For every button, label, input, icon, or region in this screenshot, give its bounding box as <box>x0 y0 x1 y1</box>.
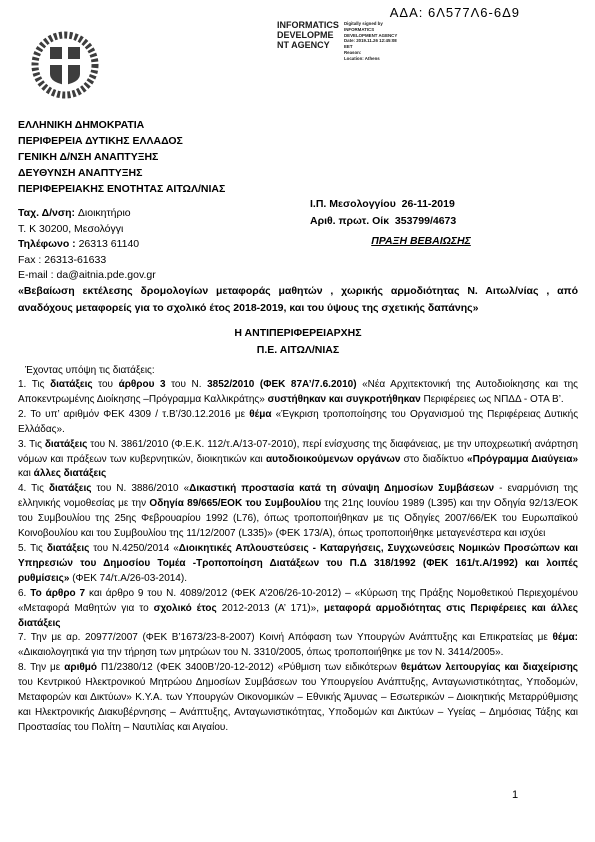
place-and-date: Ι.Π. Μεσολογγίου 26-11-2019 <box>310 196 532 213</box>
legal-item: 4. Τις διατάξεις του Ν. 3886/2010 «Δικασ… <box>18 482 578 542</box>
contact-value: da@aitnia.pde.gov.gr <box>57 269 156 281</box>
legal-item: 7. Την με αρ. 20977/2007 (ΦΕΚ Β’1673/23-… <box>18 631 578 661</box>
contact-row: Τηλέφωνο : 26313 61140 <box>18 237 156 253</box>
contact-value: 26313-61633 <box>44 254 106 266</box>
signature-detail-line: Location: Athens <box>344 56 422 62</box>
document-body: «Βεβαίωση εκτέλεσης δρομολογίων μεταφορά… <box>18 283 578 736</box>
legal-item: 2. Το υπ’ αριθμόν ΦΕΚ 4309 / τ.Β’/30.12.… <box>18 408 578 438</box>
letterhead-line: ΠΕΡΙΦΕΡΕΙΑ ΔΥΤΙΚΗΣ ΕΛΛΑΔΟΣ <box>18 133 225 149</box>
contact-row: E-mail : da@aitnia.pde.gov.gr <box>18 268 156 284</box>
legal-item: 1. Τις διατάξεις του άρθρου 3 του Ν. 385… <box>18 378 578 408</box>
contact-label: Fax : <box>18 254 44 266</box>
contact-row: Ταχ. Δ/νση: Διοικητήριο <box>18 206 156 222</box>
contact-row: Fax : 26313-61633 <box>18 253 156 269</box>
legal-item: 5. Τις διατάξεις του Ν.4250/2014 «Διοικη… <box>18 542 578 587</box>
letterhead-line: ΔΕΥΘΥΝΣΗ ΑΝΑΠΤΥΞΗΣ <box>18 165 225 181</box>
ada-number: ΑΔΑ: 6Λ577Λ6-6Δ9 <box>0 5 520 20</box>
document-page: ΑΔΑ: 6Λ577Λ6-6Δ9 INFORMATICS DEVELOPMENT… <box>0 0 595 842</box>
contact-value: 26313 61140 <box>79 238 140 250</box>
letterhead: ΕΛΛΗΝΙΚΗ ΔΗΜΟΚΡΑΤΙΑΠΕΡΙΦΕΡΕΙΑ ΔΥΤΙΚΗΣ ΕΛ… <box>18 117 225 197</box>
letterhead-line: ΕΛΛΗΝΙΚΗ ΔΗΜΟΚΡΑΤΙΑ <box>18 117 225 133</box>
letterhead-line: ΠΕΡΙΦΕΡΕΙΑΚΗΣ ΕΝΟΤΗΤΑΣ ΑΙΤΩΛ/ΝΙΑΣ <box>18 181 225 197</box>
protocol-number: Αριθ. πρωτ. Οίκ 353799/4673 <box>310 213 532 230</box>
preamble: Έχοντας υπόψη τις διατάξεις: <box>18 363 578 378</box>
signature-agency-name: INFORMATICS DEVELOPMENT AGENCY <box>277 20 339 62</box>
legal-item: 3. Τις διατάξεις του Ν. 3861/2010 (Φ.Ε.Κ… <box>18 438 578 483</box>
authority-title: Η ΑΝΤΙΠΕΡΙΦΕΡΕΙΑΡΧΗΣ <box>18 325 578 342</box>
authority-subtitle: Π.Ε. ΑΙΤΩΛ/ΝΙΑΣ <box>18 342 578 359</box>
reference-block: Ι.Π. Μεσολογγίου 26-11-2019 Αριθ. πρωτ. … <box>310 196 532 247</box>
digital-signature-stamp: INFORMATICS DEVELOPMENT AGENCY Digitally… <box>277 20 422 62</box>
authority-heading: Η ΑΝΤΙΠΕΡΙΦΕΡΕΙΑΡΧΗΣ Π.Ε. ΑΙΤΩΛ/ΝΙΑΣ <box>18 325 578 359</box>
contact-label: Ταχ. Δ/νση: <box>18 207 78 219</box>
greek-national-emblem-icon <box>29 26 101 109</box>
subject-line: «Βεβαίωση εκτέλεσης δρομολογίων μεταφορά… <box>18 283 578 317</box>
act-title: ΠΡΑΞΗ ΒΕΒΑΙΩΣΗΣ <box>310 235 532 247</box>
contact-block: Ταχ. Δ/νση: ΔιοικητήριοΤ. Κ 30200, Μεσολ… <box>18 206 156 284</box>
contact-value: Τ. Κ 30200, Μεσολόγγι <box>18 223 123 235</box>
legal-item: 8. Την με αριθμό Π1/2380/12 (ΦΕΚ 3400Β’/… <box>18 661 578 736</box>
signature-details: Digitally signed byINFORMATICSDEVELOPMEN… <box>344 20 422 62</box>
contact-row: Τ. Κ 30200, Μεσολόγγι <box>18 222 156 238</box>
legal-items-list: 1. Τις διατάξεις του άρθρου 3 του Ν. 385… <box>18 378 578 736</box>
contact-value: Διοικητήριο <box>78 207 131 219</box>
page-number: 1 <box>512 789 518 801</box>
legal-item: 6. Το άρθρο 7 και άρθρο 9 του Ν. 4089/20… <box>18 587 578 632</box>
contact-label: Τηλέφωνο : <box>18 238 79 250</box>
letterhead-line: ΓΕΝΙΚΗ Δ/ΝΣΗ ΑΝΑΠΤΥΞΗΣ <box>18 149 225 165</box>
contact-label: E-mail : <box>18 269 57 281</box>
